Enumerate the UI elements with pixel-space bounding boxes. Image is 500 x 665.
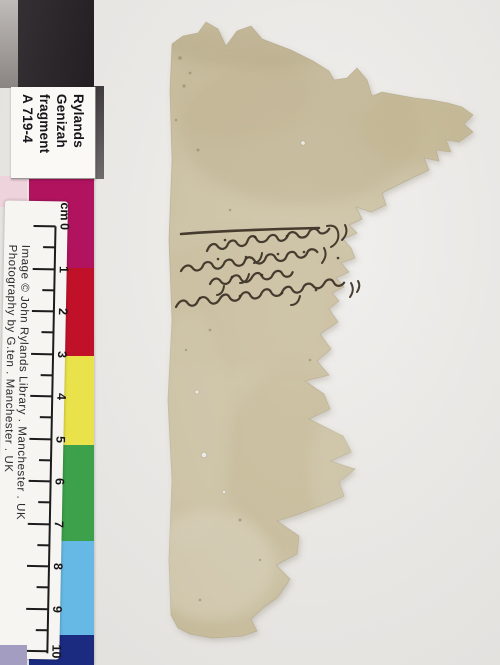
shelfmark-line: fragment xyxy=(36,94,53,153)
ruler-tick-3.5cm xyxy=(41,374,53,376)
ruler-number-9: 9 xyxy=(50,600,64,618)
ruler-number-0: 0 xyxy=(57,217,71,235)
ruler-tick-5.5cm xyxy=(39,459,51,461)
ruler-tick-4.5cm xyxy=(40,416,52,418)
ruler-tick-9cm xyxy=(26,607,48,609)
ruler-number-8: 8 xyxy=(51,557,65,575)
background-lavender-patch xyxy=(0,645,27,665)
calibration-gray-patch xyxy=(0,0,18,88)
shelfmark-label: RylandsGenizahfragmentA 719-4 xyxy=(11,87,96,179)
copyright-text: Image © John Rylands Library . Mancheste… xyxy=(1,244,31,520)
shelfmark-line: Rylands xyxy=(70,94,87,153)
shelfmark-line: Genizah xyxy=(53,94,70,153)
ruler-tick-4cm xyxy=(30,395,52,397)
ruler-number-3: 3 xyxy=(55,345,69,363)
ruler-tick-5cm xyxy=(29,437,51,439)
ruler-tick-3cm xyxy=(31,352,53,354)
ruler-number-10: 10 xyxy=(49,642,63,660)
ruler-number-5: 5 xyxy=(53,430,67,448)
paper-stains xyxy=(140,23,470,620)
shelfmark-label-lines: RylandsGenizahfragmentA 719-4 xyxy=(19,94,87,153)
calibration-black-patch xyxy=(18,0,94,88)
ruler-tick-6.5cm xyxy=(38,501,50,503)
ruler-tick-6cm xyxy=(29,480,51,482)
ruler-tick-9.5cm xyxy=(36,629,48,631)
ruler-tick-2cm xyxy=(32,310,54,312)
ruler-tick-10cm xyxy=(25,650,47,652)
manuscript-fragment xyxy=(140,8,485,660)
ruler-number-7: 7 xyxy=(52,515,66,533)
ruler-tick-8.5cm xyxy=(37,586,49,588)
ruler-number-2: 2 xyxy=(56,302,70,320)
ruler-tick-2.5cm xyxy=(41,331,53,333)
ruler-tick-0.5cm xyxy=(43,246,55,248)
ruler-tick-1.5cm xyxy=(42,289,54,291)
ruler-tick-7cm xyxy=(28,522,50,524)
ruler-tick-0cm xyxy=(34,225,56,227)
ruler-number-4: 4 xyxy=(54,387,68,405)
ruler-tick-1cm xyxy=(33,267,55,269)
ruler-number-6: 6 xyxy=(52,472,66,490)
shelfmark-line: A 719-4 xyxy=(19,94,36,153)
ruler-number-1: 1 xyxy=(57,260,71,278)
ruler-tick-8cm xyxy=(27,565,49,567)
ruler: cm 012345678910 Image © John Rylands Lib… xyxy=(0,200,68,659)
ruler-tick-7.5cm xyxy=(37,544,49,546)
photo-background: RylandsGenizahfragmentA 719-4 cm 0123456… xyxy=(0,0,500,665)
